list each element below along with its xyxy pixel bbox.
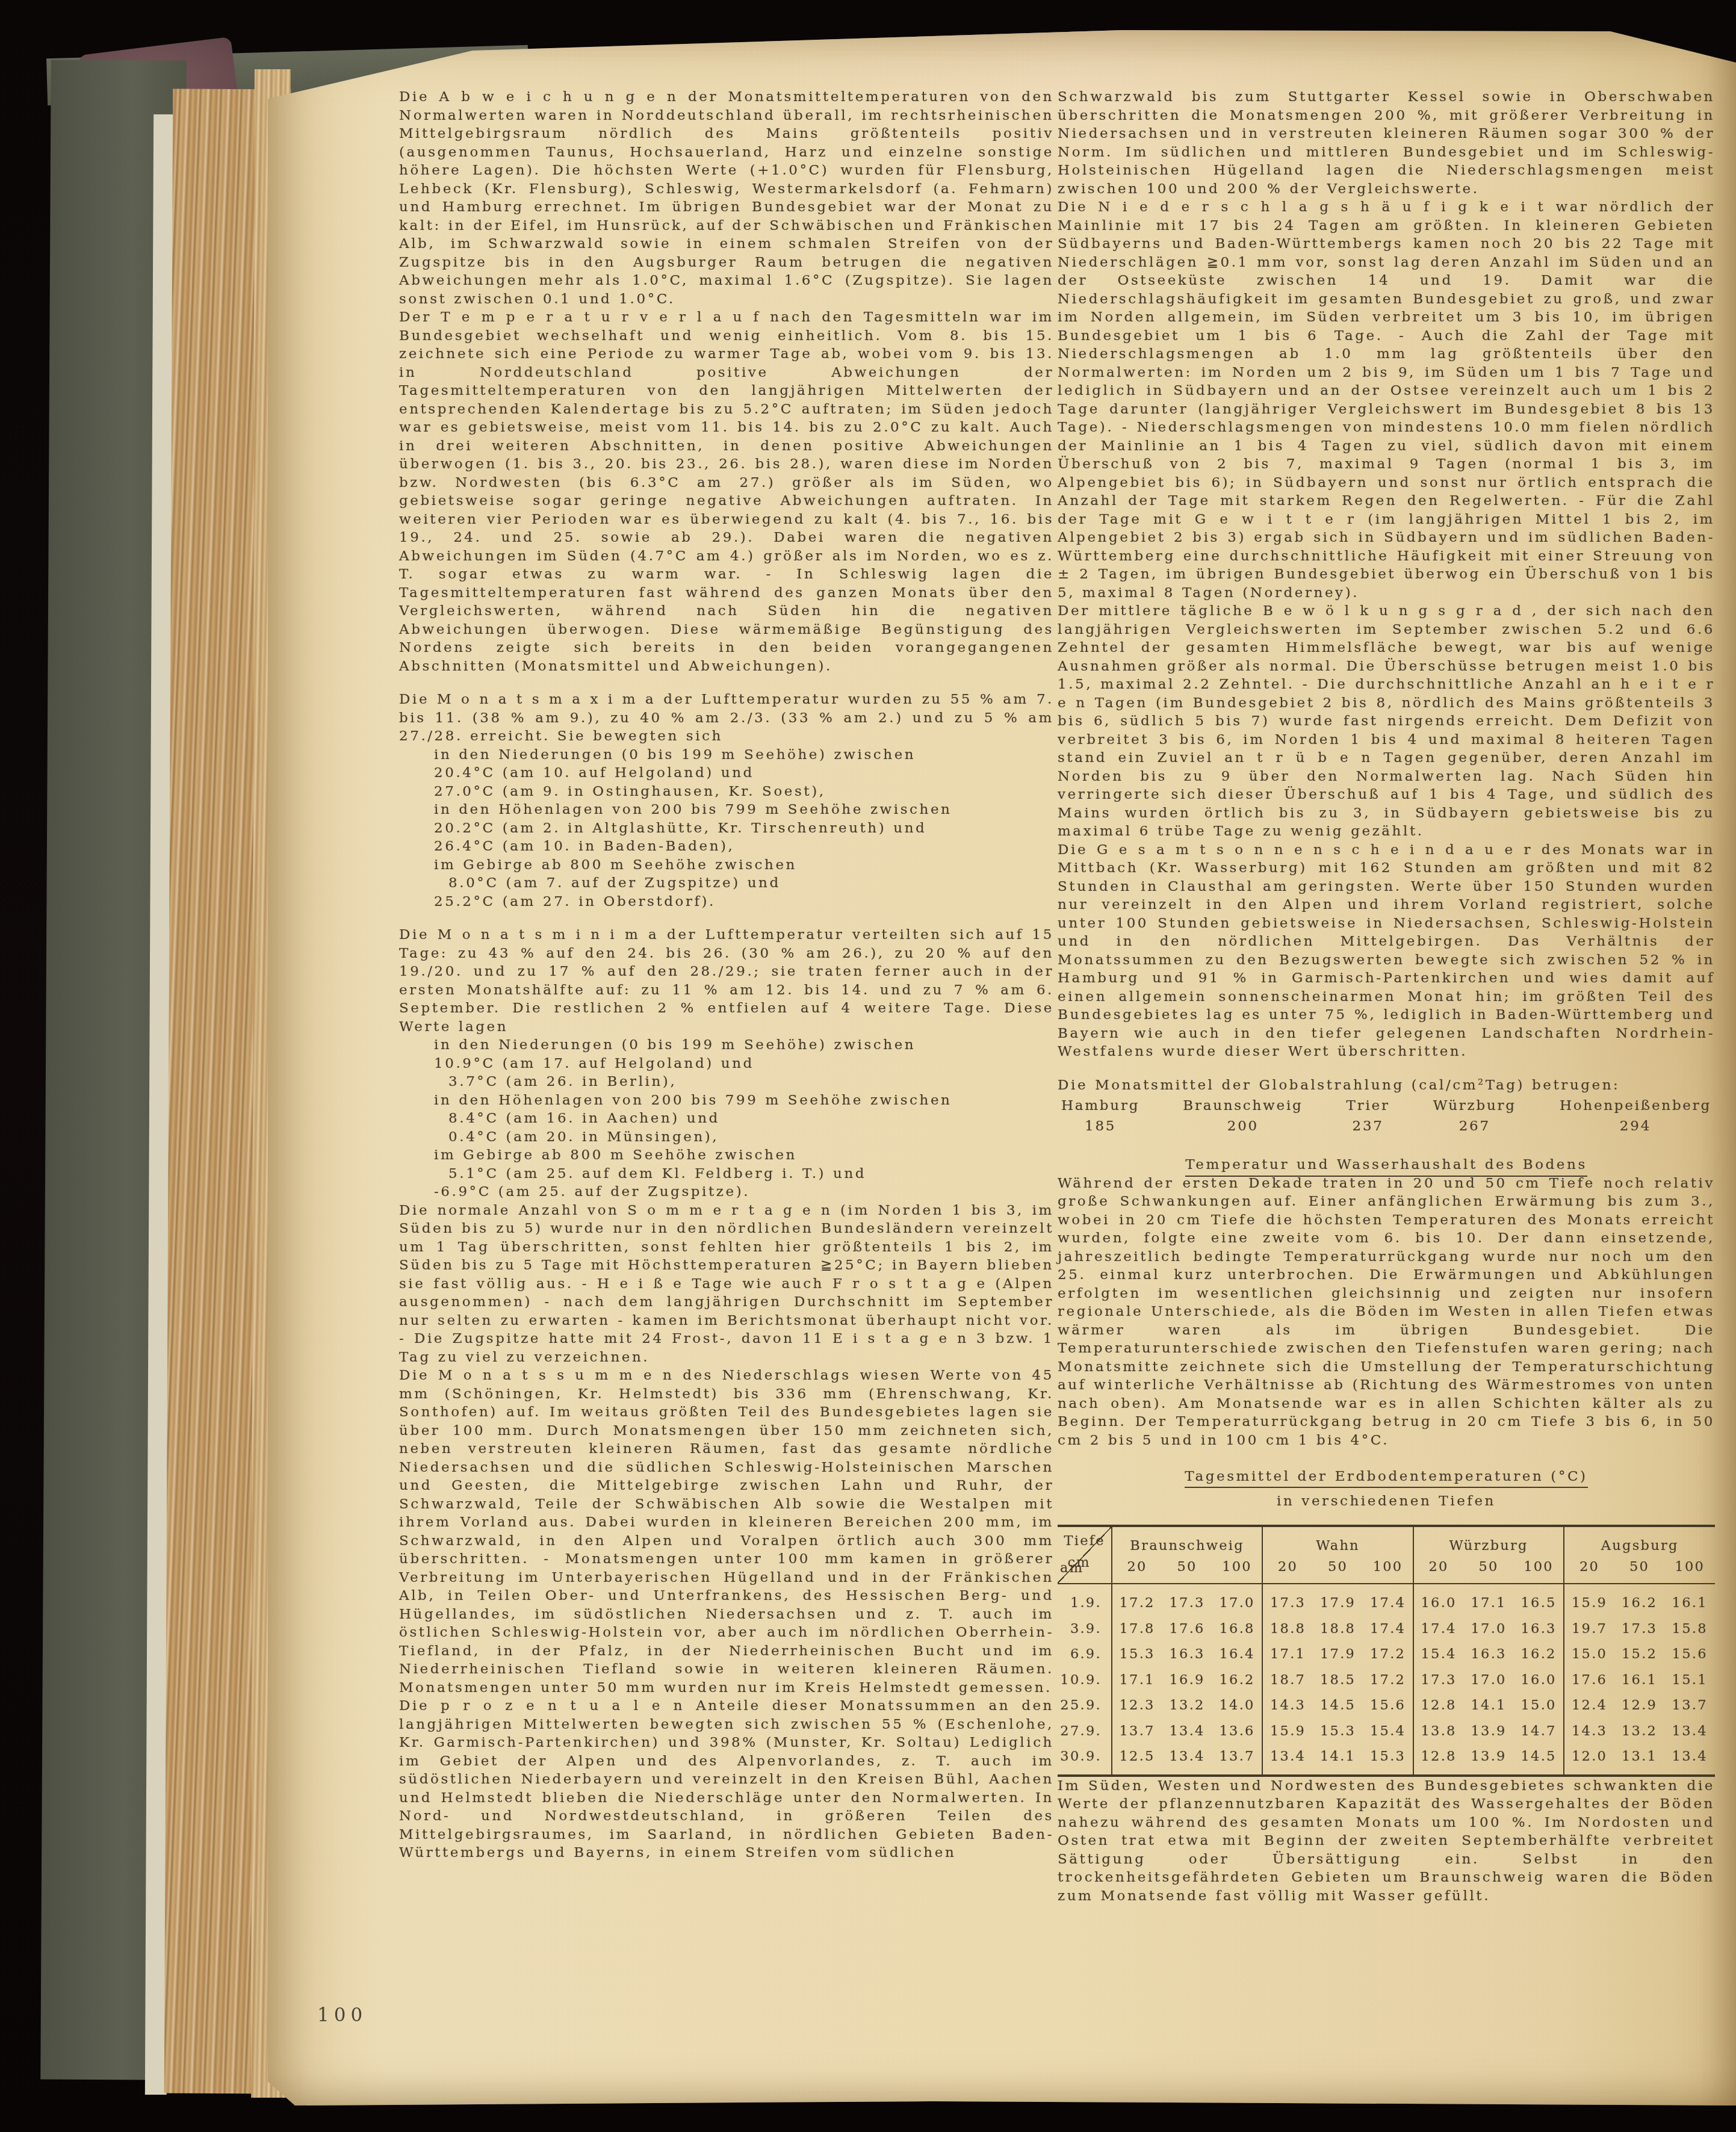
station-trier: Trier 237 xyxy=(1347,1097,1390,1135)
temperature-cell: 16.2 xyxy=(1614,1584,1665,1616)
temperature-cell: 17.2 xyxy=(1363,1667,1413,1693)
temperature-cell: 17.6 xyxy=(1564,1667,1614,1693)
temperature-cell: 17.0 xyxy=(1212,1584,1263,1616)
value-line: 20.4°C (am 10. auf Helgoland) und xyxy=(399,764,1054,782)
table-row: 3.9.17.817.616.818.818.817.417.417.016.3… xyxy=(1058,1616,1715,1642)
paragraph-monatsminima: Die M o n a t s m i n i m a der Lufttemp… xyxy=(399,926,1054,1201)
soil-table-title-line1: Tagesmittel der Erdbodentemperaturen (°C… xyxy=(1185,1469,1587,1488)
column-wahn: Wahn xyxy=(1262,1526,1413,1557)
station-name: Hamburg xyxy=(1061,1097,1139,1115)
temperature-cell: 14.3 xyxy=(1564,1718,1614,1744)
paragraph-bewoelkungsgrad: Der mittlere tägliche B e w ö l k u n g … xyxy=(1058,602,1715,841)
temperature-cell: 13.2 xyxy=(1614,1718,1665,1744)
temperature-cell: 17.9 xyxy=(1313,1584,1363,1616)
temperature-cell: 16.2 xyxy=(1212,1667,1263,1693)
temperature-cell: 14.5 xyxy=(1313,1693,1363,1718)
document-page: Die A b w e i c h u n g e n der Monatsmi… xyxy=(268,28,1736,2106)
table-corner-cell: Tiefe cm am xyxy=(1058,1526,1112,1584)
temperature-cell: 12.4 xyxy=(1564,1693,1614,1718)
temperature-cell: 17.3 xyxy=(1162,1584,1212,1616)
temperature-cell: 15.2 xyxy=(1614,1641,1665,1667)
temperature-cell: 13.4 xyxy=(1162,1744,1212,1776)
temperature-cell: 17.1 xyxy=(1112,1667,1162,1693)
paragraph-sonnenscheindauer: Die G e s a m t s o n n e n s c h e i n … xyxy=(1058,841,1715,1061)
depth-header: 50 xyxy=(1162,1557,1212,1584)
depth-header: 100 xyxy=(1514,1557,1564,1584)
temperature-cell: 17.2 xyxy=(1363,1641,1413,1667)
temperature-cell: 14.5 xyxy=(1514,1744,1564,1776)
soil-table-title-line2: in verschiedenen Tiefen xyxy=(1058,1492,1715,1511)
paragraph-temperaturverlauf: Der T e m p e r a t u r v e r l a u f na… xyxy=(399,308,1054,675)
section-heading-boden: Temperatur und Wasserhaushalt des Bodens xyxy=(1058,1156,1715,1174)
temperature-cell: 13.6 xyxy=(1212,1718,1263,1744)
temperature-cell: 16.2 xyxy=(1514,1641,1564,1667)
temperature-cell: 17.0 xyxy=(1463,1667,1514,1693)
temperature-cell: 16.0 xyxy=(1413,1584,1464,1616)
station-value: 200 xyxy=(1183,1117,1303,1136)
depth-header-row: 20 50 100 20 50 100 20 50 100 20 50 100 xyxy=(1058,1557,1715,1584)
paragraph-sommertage: Die normale Anzahl von S o m m e r t a g… xyxy=(399,1201,1054,1367)
temperature-cell: 16.4 xyxy=(1212,1641,1263,1667)
table-row: 6.9.15.316.316.417.117.917.215.416.316.2… xyxy=(1058,1641,1715,1667)
temperature-cell: 13.1 xyxy=(1614,1744,1665,1776)
station-wuerzburg: Würzburg 267 xyxy=(1433,1097,1516,1135)
depth-header: 50 xyxy=(1313,1557,1363,1584)
corner-date-label: am xyxy=(1060,1559,1083,1578)
temperature-cell: 13.7 xyxy=(1664,1693,1715,1718)
temperature-cell: 15.3 xyxy=(1313,1718,1363,1744)
right-text-column: Schwarzwald bis zum Stuttgarter Kessel s… xyxy=(1058,88,1715,1905)
station-hamburg: Hamburg 185 xyxy=(1061,1097,1139,1135)
depth-header: 20 xyxy=(1413,1557,1464,1584)
temperature-cell: 16.0 xyxy=(1514,1667,1564,1693)
station-name: Trier xyxy=(1347,1097,1390,1115)
temperature-cell: 12.9 xyxy=(1614,1693,1665,1718)
temperature-cell: 13.8 xyxy=(1413,1718,1464,1744)
temperature-cell: 17.4 xyxy=(1363,1616,1413,1642)
temperature-cell: 15.0 xyxy=(1564,1641,1614,1667)
column-braunschweig: Braunschweig xyxy=(1112,1526,1263,1557)
temperature-cell: 13.4 xyxy=(1664,1718,1715,1744)
station-name: Braunschweig xyxy=(1183,1097,1303,1115)
temperature-cell: 15.6 xyxy=(1664,1641,1715,1667)
temperature-cell: 15.4 xyxy=(1413,1641,1464,1667)
value-line: in den Niederungen (0 bis 199 m Seehöhe)… xyxy=(399,746,1054,764)
column-wuerzburg: Würzburg xyxy=(1413,1526,1564,1557)
temperature-cell: 13.4 xyxy=(1262,1744,1313,1776)
temperature-cell: 12.8 xyxy=(1413,1744,1464,1776)
value-line: in den Niederungen (0 bis 199 m Seehöhe)… xyxy=(399,1036,1054,1055)
table-row: 10.9.17.116.916.218.718.517.217.317.016.… xyxy=(1058,1667,1715,1693)
monatsmaxima-value-lines: in den Niederungen (0 bis 199 m Seehöhe)… xyxy=(399,746,1054,911)
table-row: 1.9.17.217.317.017.317.917.416.017.116.5… xyxy=(1058,1584,1715,1616)
row-date: 10.9. xyxy=(1058,1667,1112,1693)
station-value: 237 xyxy=(1347,1117,1390,1136)
value-line: 27.0°C (am 9. in Ostinghausen, Kr. Soest… xyxy=(399,782,1054,801)
temperature-cell: 15.9 xyxy=(1564,1584,1614,1616)
station-hohenpeissenberg: Hohenpeißenberg 294 xyxy=(1560,1097,1711,1135)
globalstrahlung-stations-row: Hamburg 185 Braunschweig 200 Trier 237 W… xyxy=(1058,1097,1715,1135)
paragraph-monatssummen: Die M o n a t s s u m m e n des Niedersc… xyxy=(399,1366,1054,1697)
value-line: im Gebirge ab 800 m Seehöhe zwischen xyxy=(399,1146,1054,1165)
temperature-cell: 15.6 xyxy=(1363,1693,1413,1718)
temperature-cell: 17.8 xyxy=(1112,1616,1162,1642)
row-date: 1.9. xyxy=(1058,1584,1112,1616)
value-line: 20.2°C (am 2. in Altglashütte, Kr. Tirsc… xyxy=(399,819,1054,838)
station-value: 185 xyxy=(1061,1117,1139,1136)
temperature-cell: 17.6 xyxy=(1162,1616,1212,1642)
value-line: 3.7°C (am 26. in Berlin), xyxy=(399,1073,1054,1091)
monatsmaxima-intro: Die M o n a t s m a x i m a der Lufttemp… xyxy=(399,690,1054,746)
temperature-cell: 16.8 xyxy=(1212,1616,1263,1642)
paragraph-prozentuale-anteile: Die p r o z e n t u a l e n Anteile dies… xyxy=(399,1697,1054,1862)
temperature-cell: 18.5 xyxy=(1313,1667,1363,1693)
value-line: im Gebirge ab 800 m Seehöhe zwischen xyxy=(399,856,1054,875)
temperature-cell: 13.7 xyxy=(1212,1744,1263,1776)
temperature-cell: 17.4 xyxy=(1363,1584,1413,1616)
depth-header: 20 xyxy=(1262,1557,1313,1584)
row-date: 30.9. xyxy=(1058,1744,1112,1776)
temperature-cell: 17.4 xyxy=(1413,1616,1464,1642)
paragraph-niederschlagshaeufigkeit: Die N i e d e r s c h l a g s h ä u f i … xyxy=(1058,198,1715,602)
temperature-cell: 14.1 xyxy=(1313,1744,1363,1776)
depth-header: 100 xyxy=(1212,1557,1263,1584)
temperature-cell: 12.8 xyxy=(1413,1693,1464,1718)
value-line: 8.0°C (am 7. auf der Zugspitze) und xyxy=(399,874,1054,893)
paragraph-monatsmaxima: Die M o n a t s m a x i m a der Lufttemp… xyxy=(399,690,1054,911)
temperature-cell: 15.3 xyxy=(1363,1744,1413,1776)
temperature-cell: 12.5 xyxy=(1112,1744,1162,1776)
row-date: 25.9. xyxy=(1058,1693,1112,1718)
temperature-cell: 12.0 xyxy=(1564,1744,1614,1776)
scanned-book-page: Die A b w e i c h u n g e n der Monatsmi… xyxy=(0,0,1736,2132)
globalstrahlung-block: Die Monatsmittel der Globalstrahlung (ca… xyxy=(1058,1076,1715,1136)
temperature-cell: 16.9 xyxy=(1162,1667,1212,1693)
depth-header: 100 xyxy=(1664,1557,1715,1584)
value-line: -6.9°C (am 25. auf der Zugspitze). xyxy=(399,1183,1054,1201)
column-augsburg: Augsburg xyxy=(1564,1526,1715,1557)
temperature-cell: 18.8 xyxy=(1262,1616,1313,1642)
table-row: 25.9.12.313.214.014.314.515.612.814.115.… xyxy=(1058,1693,1715,1718)
temperature-cell: 15.3 xyxy=(1112,1641,1162,1667)
value-line: 0.4°C (am 20. in Münsingen), xyxy=(399,1128,1054,1147)
station-name: Würzburg xyxy=(1433,1097,1516,1115)
paragraph-wasserhaushalt: Im Süden, Westen und Nordwesten des Bund… xyxy=(1058,1777,1715,1906)
temperature-cell: 13.4 xyxy=(1664,1744,1715,1776)
temperature-cell: 16.1 xyxy=(1614,1667,1665,1693)
temperature-cell: 17.3 xyxy=(1413,1667,1464,1693)
temperature-cell: 16.5 xyxy=(1514,1584,1564,1616)
value-line: in den Höhenlagen von 200 bis 799 m Seeh… xyxy=(399,1091,1054,1110)
temperature-cell: 15.8 xyxy=(1664,1616,1715,1642)
depth-header: 20 xyxy=(1564,1557,1614,1584)
temperature-cell: 17.2 xyxy=(1112,1584,1162,1616)
station-braunschweig: Braunschweig 200 xyxy=(1183,1097,1303,1135)
temperature-cell: 17.9 xyxy=(1313,1641,1363,1667)
corner-depth-label: Tiefe xyxy=(1064,1532,1105,1551)
left-text-column: Die A b w e i c h u n g e n der Monatsmi… xyxy=(399,88,1054,1862)
temperature-cell: 15.9 xyxy=(1262,1718,1313,1744)
temperature-cell: 16.3 xyxy=(1514,1616,1564,1642)
temperature-cell: 13.2 xyxy=(1162,1693,1212,1718)
temperature-cell: 13.7 xyxy=(1112,1718,1162,1744)
table-row: 27.9.13.713.413.615.915.315.413.813.914.… xyxy=(1058,1718,1715,1744)
temperature-cell: 13.9 xyxy=(1463,1718,1514,1744)
temperature-cell: 16.3 xyxy=(1162,1641,1212,1667)
temperature-cell: 17.3 xyxy=(1262,1584,1313,1616)
paragraph-bodentemperatur: Während der ersten Dekade traten in 20 u… xyxy=(1058,1174,1715,1450)
temperature-cell: 17.0 xyxy=(1463,1616,1514,1642)
temperature-cell: 14.0 xyxy=(1212,1693,1263,1718)
globalstrahlung-intro: Die Monatsmittel der Globalstrahlung (ca… xyxy=(1058,1076,1715,1095)
temperature-cell: 16.3 xyxy=(1463,1641,1514,1667)
soil-table-body: 1.9.17.217.317.017.317.917.416.017.116.5… xyxy=(1058,1584,1715,1776)
temperature-cell: 15.0 xyxy=(1514,1693,1564,1718)
row-date: 27.9. xyxy=(1058,1718,1112,1744)
temperature-cell: 19.7 xyxy=(1564,1616,1614,1642)
value-line: 25.2°C (am 27. in Oberstdorf). xyxy=(399,893,1054,911)
value-line: 10.9°C (am 17. auf Helgoland) und xyxy=(399,1055,1054,1073)
station-value: 294 xyxy=(1560,1117,1711,1136)
value-line: 5.1°C (am 25. auf dem Kl. Feldberg i. T.… xyxy=(399,1165,1054,1183)
monatsminima-intro: Die M o n a t s m i n i m a der Lufttemp… xyxy=(399,926,1054,1036)
station-name: Hohenpeißenberg xyxy=(1560,1097,1711,1115)
depth-header: 20 xyxy=(1112,1557,1162,1584)
page-number: 100 xyxy=(317,2004,367,2026)
temperature-cell: 18.8 xyxy=(1313,1616,1363,1642)
monatsminima-value-lines: in den Niederungen (0 bis 199 m Seehöhe)… xyxy=(399,1036,1054,1201)
value-line: 26.4°C (am 10. in Baden-Baden), xyxy=(399,837,1054,856)
table-row: 30.9.12.513.413.713.414.115.312.813.914.… xyxy=(1058,1744,1715,1776)
temperature-cell: 13.9 xyxy=(1463,1744,1514,1776)
temperature-cell: 17.1 xyxy=(1262,1641,1313,1667)
depth-header: 100 xyxy=(1363,1557,1413,1584)
temperature-cell: 13.4 xyxy=(1162,1718,1212,1744)
depth-header: 50 xyxy=(1463,1557,1514,1584)
temperature-cell: 12.3 xyxy=(1112,1693,1162,1718)
temperature-cell: 14.3 xyxy=(1262,1693,1313,1718)
temperature-cell: 14.7 xyxy=(1514,1718,1564,1744)
row-date: 6.9. xyxy=(1058,1641,1112,1667)
temperature-cell: 15.1 xyxy=(1664,1667,1715,1693)
temperature-cell: 17.1 xyxy=(1463,1584,1514,1616)
temperature-cell: 15.4 xyxy=(1363,1718,1413,1744)
temperature-cell: 17.3 xyxy=(1614,1616,1665,1642)
temperature-cell: 14.1 xyxy=(1463,1693,1514,1718)
soil-temperature-table: Tiefe cm am Braunschweig Wahn Würzburg A… xyxy=(1058,1525,1715,1777)
depth-header: 50 xyxy=(1614,1557,1665,1584)
paragraph-schwarzwald: Schwarzwald bis zum Stuttgarter Kessel s… xyxy=(1058,88,1715,198)
soil-table-title: Tagesmittel der Erdbodentemperaturen (°C… xyxy=(1058,1467,1715,1510)
temperature-cell: 18.7 xyxy=(1262,1667,1313,1693)
row-date: 3.9. xyxy=(1058,1616,1112,1642)
temperature-cell: 16.1 xyxy=(1664,1584,1715,1616)
value-line: in den Höhenlagen von 200 bis 799 m Seeh… xyxy=(399,801,1054,819)
value-line: 8.4°C (am 16. in Aachen) und xyxy=(399,1109,1054,1128)
paragraph-abweichungen: Die A b w e i c h u n g e n der Monatsmi… xyxy=(399,88,1054,308)
station-value: 267 xyxy=(1433,1117,1516,1136)
